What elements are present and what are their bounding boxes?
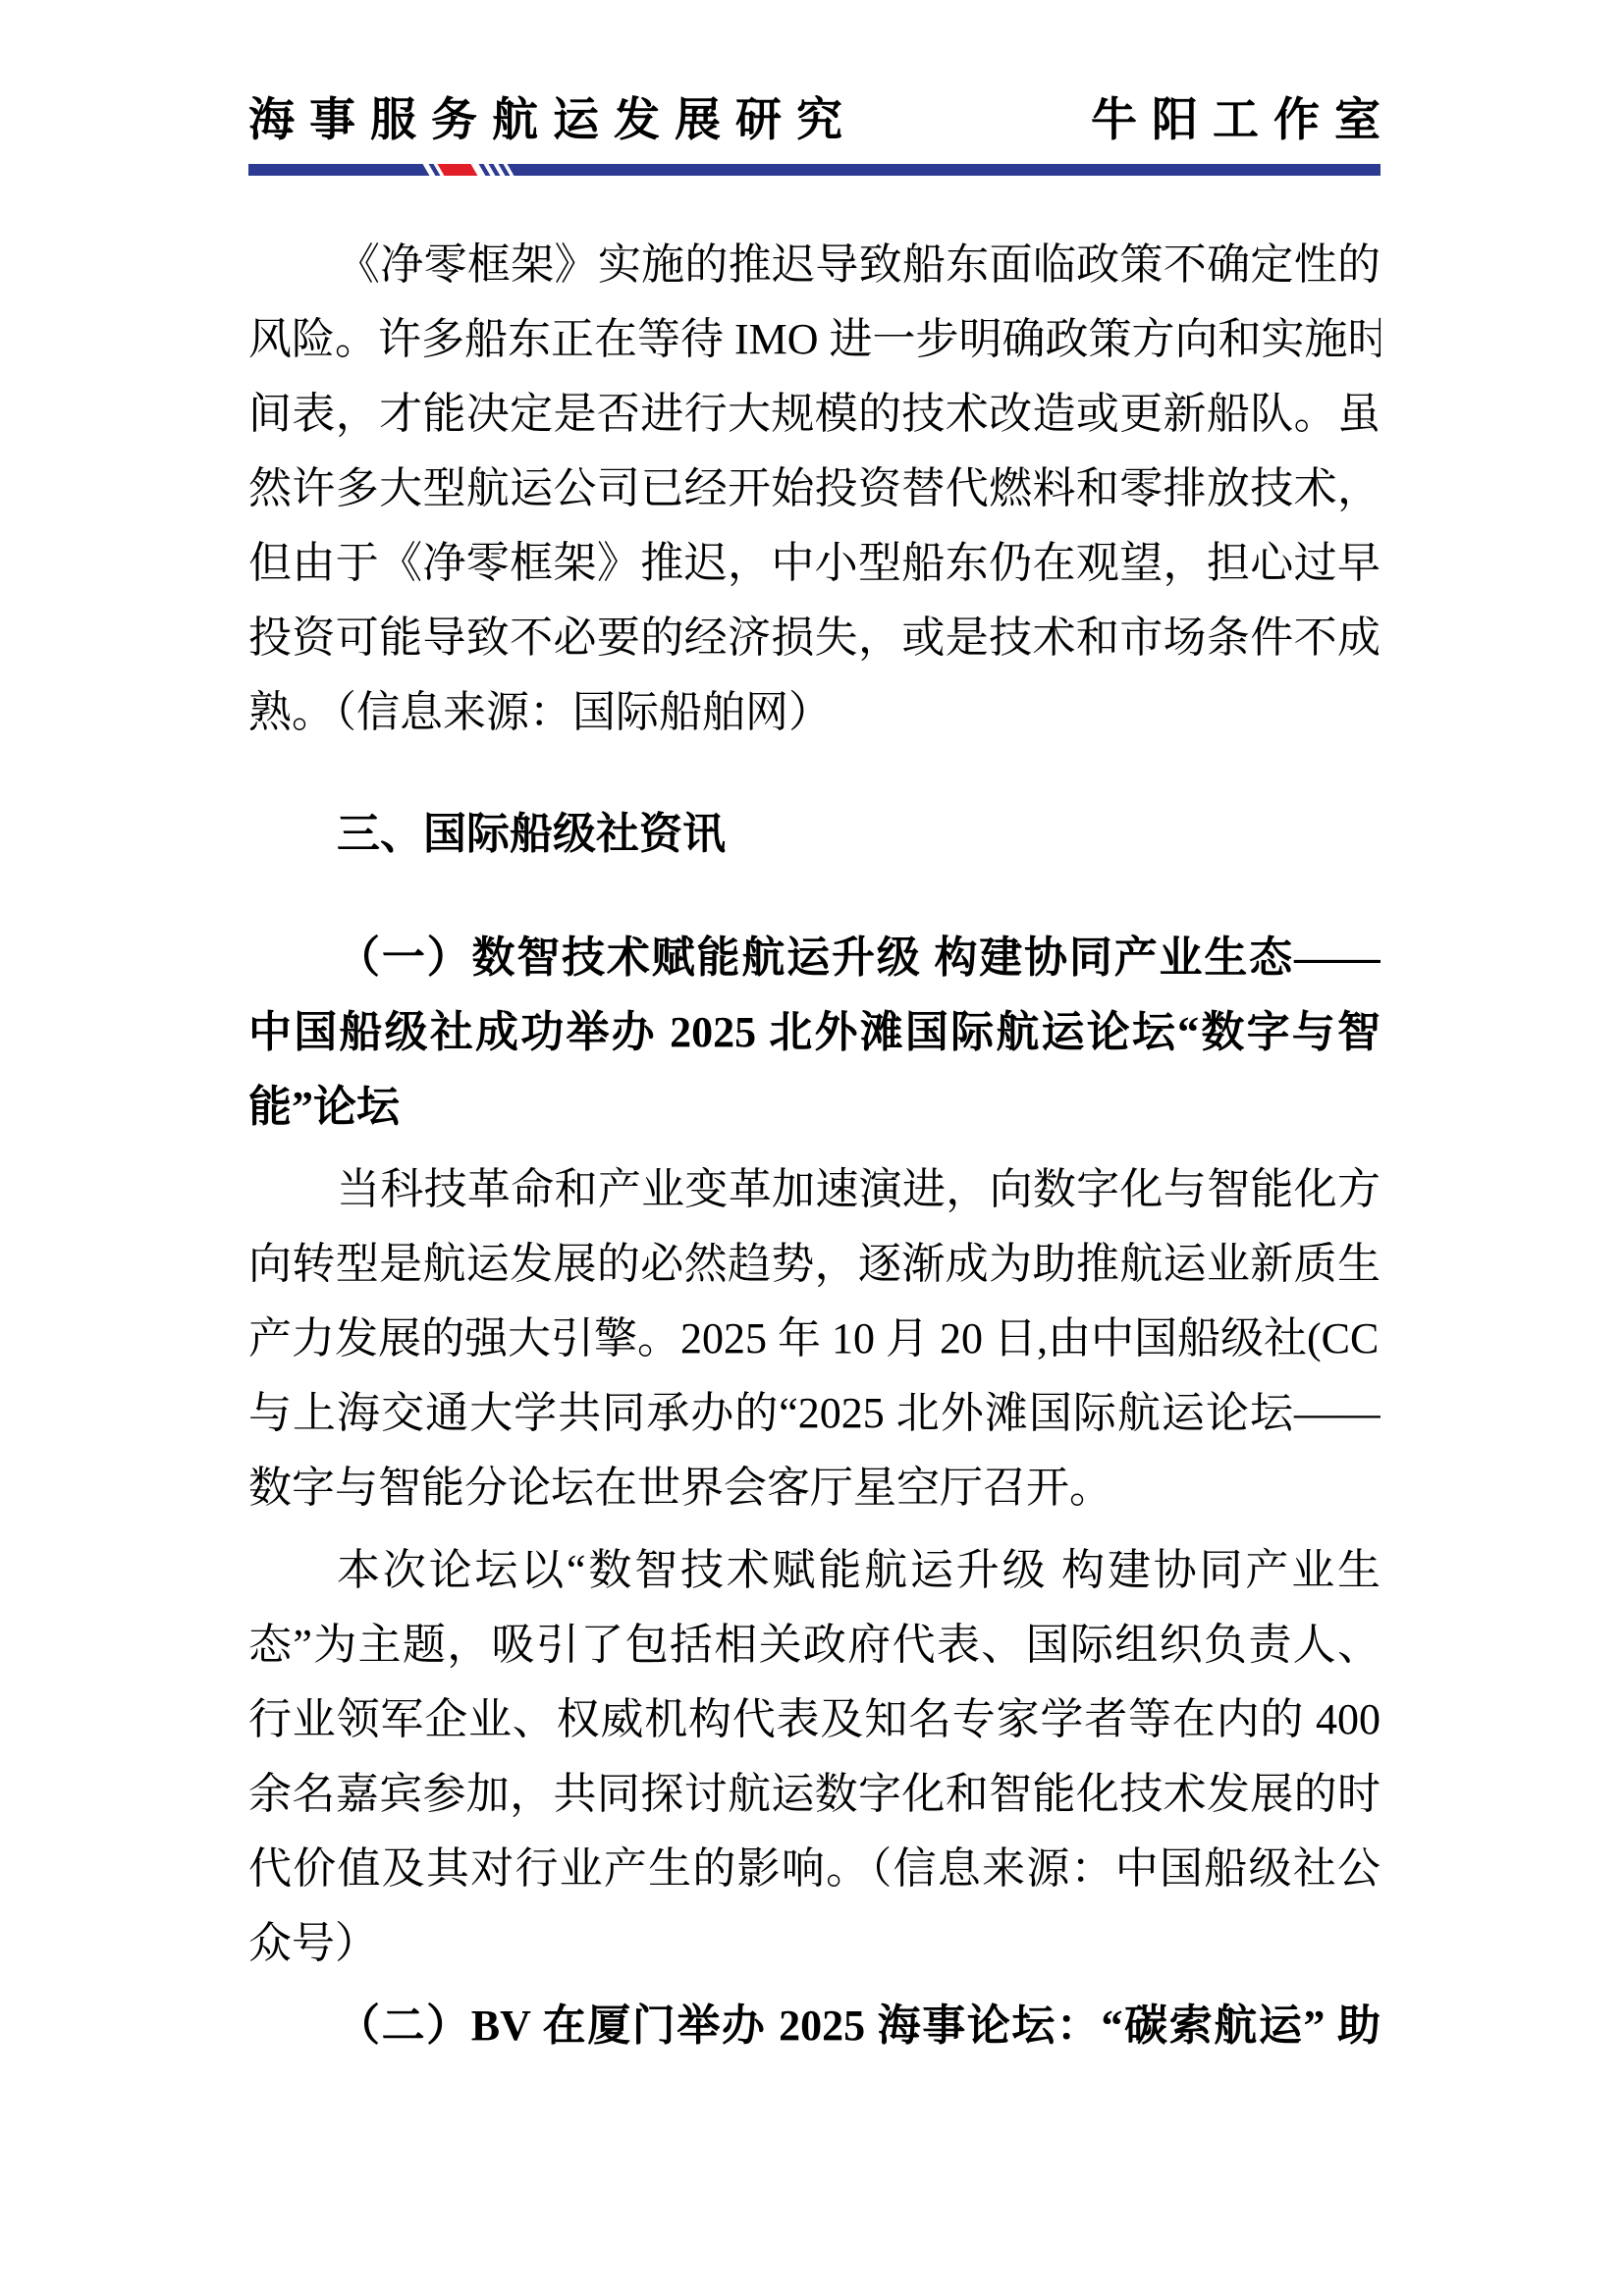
paragraph: 当科技革命和产业变革加速演进，向数字化与智能化方向转型是航运发展的必然趋势，逐渐… [248, 1152, 1380, 1525]
text-line: 能”论坛 [248, 1070, 1380, 1145]
paragraph: 本次论坛以“数智技术赋能航运升级 构建协同产业生态”为主题，吸引了包括相关政府代… [248, 1533, 1380, 1981]
text-line: （一）数智技术赋能航运升级 构建协同产业生态—— [248, 921, 1380, 995]
text-line: 代价值及其对行业产生的影响。（信息来源：中国船级社公 [248, 1832, 1380, 1906]
text-line: 中国船级社成功举办 2025 北外滩国际航运论坛“数字与智 [248, 995, 1380, 1070]
text-line: 余名嘉宾参加，共同探讨航运数字化和智能化技术发展的时 [248, 1757, 1380, 1832]
text-line: （二）BV 在厦门举办 2025 海事论坛：“碳索航运” 助 [248, 1989, 1380, 2063]
section-heading: 三、国际船级社资讯 [248, 797, 1380, 872]
text-line: 众号） [248, 1906, 1380, 1981]
text-line: 风险。许多船东正在等待 IMO 进一步明确政策方向和实施时 [248, 302, 1380, 377]
text-line: 数字与智能分论坛在世界会客厅星空厅召开。 [248, 1451, 1380, 1525]
text-line: 投资可能导致不必要的经济损失，或是技术和市场条件不成 [248, 601, 1380, 675]
sub-section-heading: （二）BV 在厦门举办 2025 海事论坛：“碳索航运” 助 [248, 1989, 1380, 2063]
text-line: 然许多大型航运公司已经开始投资替代燃料和零排放技术， [248, 452, 1380, 526]
text-line: 但由于《净零框架》推迟，中小型船东仍在观望，担心过早 [248, 526, 1380, 601]
paragraph: 《净零框架》实施的推迟导致船东面临政策不确定性的风险。许多船东正在等待 IMO … [248, 228, 1380, 750]
header-rule [248, 164, 1380, 176]
text-line: 当科技革命和产业变革加速演进，向数字化与智能化方 [248, 1152, 1380, 1227]
page-header: 海事服务航运发展研究 牛阳工作室 [248, 0, 1380, 176]
text-line: 间表，才能决定是否进行大规模的技术改造或更新船队。虽 [248, 377, 1380, 452]
text-line: 向转型是航运发展的必然趋势，逐渐成为助推航运业新质生 [248, 1227, 1380, 1302]
text-line: 本次论坛以“数智技术赋能航运升级 构建协同产业生 [248, 1533, 1380, 1608]
page-content: 海事服务航运发展研究 牛阳工作室 《净零框架》实施的推迟导致船东面临政策不确定性… [248, 0, 1380, 2063]
document-page: 海事服务航运发展研究 牛阳工作室 《净零框架》实施的推迟导致船东面临政策不确定性… [0, 0, 1624, 2296]
header-titles: 海事服务航运发展研究 牛阳工作室 [248, 0, 1380, 142]
text-line: 行业领军企业、权威机构代表及知名专家学者等在内的 400 [248, 1682, 1380, 1757]
text-line: 《净零框架》实施的推迟导致船东面临政策不确定性的 [248, 228, 1380, 302]
text-line: 产力发展的强大引擎。2025 年 10 月 20 日,由中国船级社(CCS) [248, 1302, 1380, 1376]
text-line: 熟。（信息来源：国际船舶网） [248, 675, 1380, 750]
sub-section-heading: （一）数智技术赋能航运升级 构建协同产业生态——中国船级社成功举办 2025 北… [248, 921, 1380, 1145]
text-line: 态”为主题，吸引了包括相关政府代表、国际组织负责人、 [248, 1608, 1380, 1682]
document-body: 《净零框架》实施的推迟导致船东面临政策不确定性的风险。许多船东正在等待 IMO … [248, 228, 1380, 2063]
header-left-title: 海事服务航运发展研究 [248, 96, 857, 142]
text-line: 三、国际船级社资讯 [248, 797, 1380, 872]
text-line: 与上海交通大学共同承办的“2025 北外滩国际航运论坛—— [248, 1376, 1380, 1451]
header-right-title: 牛阳工作室 [1091, 96, 1395, 142]
